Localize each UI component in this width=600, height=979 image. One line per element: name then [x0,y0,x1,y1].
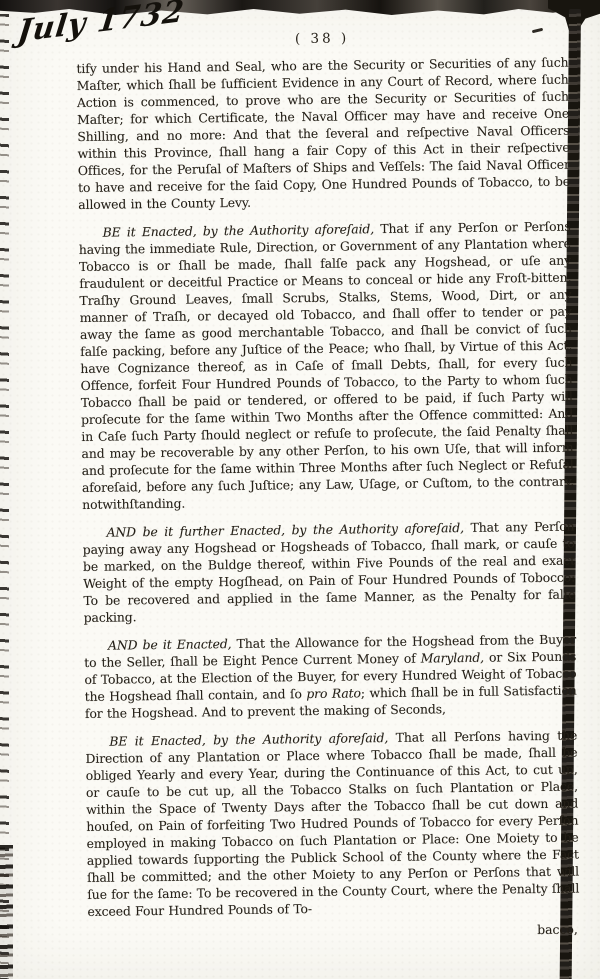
paragraph-hogshead-marking: AND be it further Enacted, by the Author… [82,518,575,626]
paragraph-false-packing: BE it Enacted, by the Authority aforeſai… [78,218,574,513]
enacting-clause: BE it Enacted, by the Authority aforeſai… [109,730,396,749]
italic-term-pro-rato: pro Rato [306,685,361,701]
text-block: ( 38 ) tify under his Hand and Seal, who… [76,28,580,944]
enacting-clause: BE it Enacted, by the Authority aforeſai… [102,221,380,240]
paragraph-cutting-stalks: BE it Enacted, by the Authority aforeſai… [85,727,579,920]
paragraph-naval-officer: tify under his Hand and Seal, who are th… [76,54,570,213]
paragraph-text: tify under his Hand and Seal, who are th… [76,55,570,212]
catchword: bacco, [88,920,580,943]
italic-term-maryland: Maryland, [421,650,485,666]
scanned-document-page: July 1732 ( 38 ) tify under his Hand and… [0,0,600,979]
scan-edge-left-noise [0,14,9,979]
paragraph-text: That all Perſons having the Direction of… [85,727,579,918]
scan-edge-left-bottom-noise [0,845,13,979]
paragraph-hogshead-allowance: AND be it Enacted, That the Allowance fo… [84,631,577,722]
paragraph-text: That if any Perſon or Perſons having the… [79,219,574,512]
enacting-clause: AND be it Enacted, [108,636,237,653]
